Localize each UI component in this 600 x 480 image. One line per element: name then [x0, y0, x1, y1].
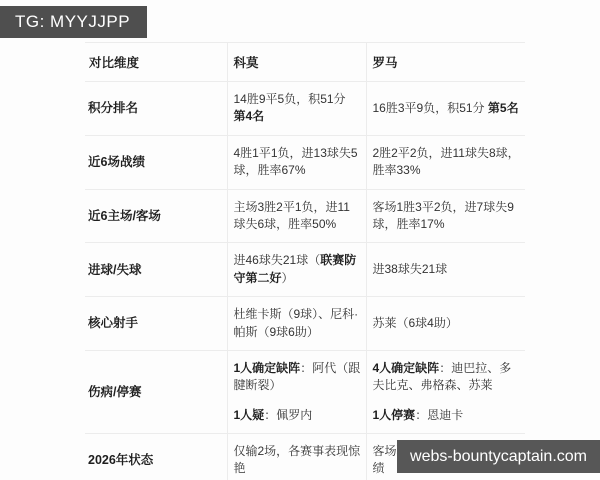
- watermark-text: webs-bountycaptain.com: [410, 448, 587, 465]
- como-cell: 1人确定缺阵：阿代（跟腱断裂）1人疑：佩罗内: [227, 350, 366, 433]
- text: 14胜9平5负，积51分: [234, 92, 346, 106]
- paragraph: 进46球失21球（联赛防守第二好）: [234, 252, 361, 287]
- paragraph: 1人确定缺阵：阿代（跟腱断裂）: [234, 360, 361, 395]
- text: 进46球失21球（: [234, 253, 321, 267]
- dimension-label: 近6场战绩: [85, 135, 227, 189]
- paragraph: 苏莱（6球4助）: [373, 315, 521, 332]
- text: ：恩迪卡: [415, 408, 463, 422]
- dimension-label: 近6主场/客场: [85, 189, 227, 243]
- dimension-label: 核心射手: [85, 297, 227, 351]
- table-row: 近6场战绩4胜1平1负，进13球失5球，胜率67%2胜2平2负，进11球失8球，…: [85, 135, 525, 189]
- table-row: 伤病/停赛1人确定缺阵：阿代（跟腱断裂）1人疑：佩罗内4人确定缺阵：迪巴拉、多夫…: [85, 350, 525, 433]
- text: 进38球失21球: [373, 262, 448, 276]
- paragraph: 2胜2平2负，进11球失8球，胜率33%: [373, 145, 521, 180]
- bold-text: 1人停赛: [373, 408, 416, 422]
- paragraph: 4胜1平1负，进13球失5球，胜率67%: [234, 145, 361, 180]
- paragraph: 1人疑：佩罗内: [234, 407, 361, 424]
- bold-text: 1人疑: [234, 408, 265, 422]
- paragraph: 14胜9平5负，积51分 第4名: [234, 91, 361, 126]
- paragraph: 客场1胜3平2负，进7球失9球，胜率17%: [373, 199, 521, 234]
- header-dimension: 对比维度: [85, 43, 227, 82]
- paragraph: 1人停赛：恩迪卡: [373, 407, 521, 424]
- text: ）: [282, 271, 294, 285]
- tg-badge-label: TG: MYYJJPP: [15, 12, 130, 31]
- header-row: 对比维度 科莫 罗马: [85, 43, 525, 82]
- bold-text: 1人确定缺阵: [234, 361, 301, 375]
- text: ：佩罗内: [264, 408, 312, 422]
- dimension-label: 伤病/停赛: [85, 350, 227, 433]
- watermark: webs-bountycaptain.com: [397, 440, 600, 473]
- paragraph: 杜维卡斯（9球）、尼科·帕斯（9球6助）: [234, 306, 361, 341]
- roma-cell: 4人确定缺阵：迪巴拉、多夫比克、弗格森、苏莱1人停赛：恩迪卡: [366, 350, 525, 433]
- paragraph: 16胜3平9负，积51分 第5名: [373, 100, 521, 117]
- text: 4胜1平1负，进13球失5球，胜率67%: [234, 146, 358, 177]
- bold-text: 4人确定缺阵: [373, 361, 440, 375]
- como-cell: 14胜9平5负，积51分 第4名: [227, 82, 366, 136]
- paragraph: 仅输2场，各赛事表现惊艳: [234, 443, 361, 478]
- roma-cell: 客场1胜3平2负，进7球失9球，胜率17%: [366, 189, 525, 243]
- table-row: 核心射手杜维卡斯（9球）、尼科·帕斯（9球6助）苏莱（6球4助）: [85, 297, 525, 351]
- como-cell: 杜维卡斯（9球）、尼科·帕斯（9球6助）: [227, 297, 366, 351]
- text: 16胜3平9负，积51分: [373, 101, 488, 115]
- table-row: 进球/失球进46球失21球（联赛防守第二好）进38球失21球: [85, 243, 525, 297]
- roma-cell: 2胜2平2负，进11球失8球，胜率33%: [366, 135, 525, 189]
- text: 苏莱（6球4助）: [373, 316, 458, 330]
- table-body: 积分排名14胜9平5负，积51分 第4名16胜3平9负，积51分 第5名近6场战…: [85, 82, 525, 480]
- table-header: 对比维度 科莫 罗马: [85, 43, 525, 82]
- comparison-table: 对比维度 科莫 罗马 积分排名14胜9平5负，积51分 第4名16胜3平9负，积…: [85, 42, 525, 480]
- paragraph: 主场3胜2平1负，进11球失6球，胜率50%: [234, 199, 361, 234]
- tg-badge: TG: MYYJJPP: [0, 6, 147, 38]
- dimension-label: 2026年状态: [85, 434, 227, 480]
- bold-text: 第4名: [234, 109, 265, 123]
- paragraph: 4人确定缺阵：迪巴拉、多夫比克、弗格森、苏莱: [373, 360, 521, 395]
- como-cell: 仅输2场，各赛事表现惊艳: [227, 434, 366, 480]
- header-roma: 罗马: [366, 43, 525, 82]
- roma-cell: 16胜3平9负，积51分 第5名: [366, 82, 525, 136]
- paragraph: 进38球失21球: [373, 261, 521, 278]
- text: 仅输2场，各赛事表现惊艳: [234, 444, 361, 475]
- como-cell: 主场3胜2平1负，进11球失6球，胜率50%: [227, 189, 366, 243]
- como-cell: 进46球失21球（联赛防守第二好）: [227, 243, 366, 297]
- table-row: 近6主场/客场主场3胜2平1负，进11球失6球，胜率50%客场1胜3平2负，进7…: [85, 189, 525, 243]
- table-row: 积分排名14胜9平5负，积51分 第4名16胜3平9负，积51分 第5名: [85, 82, 525, 136]
- text: 主场3胜2平1负，进11球失6球，胜率50%: [234, 200, 350, 231]
- dimension-label: 积分排名: [85, 82, 227, 136]
- como-cell: 4胜1平1负，进13球失5球，胜率67%: [227, 135, 366, 189]
- text: 客场1胜3平2负，进7球失9球，胜率17%: [373, 200, 514, 231]
- text: 2胜2平2负，进11球失8球，胜率33%: [373, 146, 520, 177]
- bold-text: 第5名: [488, 101, 519, 115]
- page: TG: MYYJJPP 对比维度 科莫 罗马 积分排名14胜9平5负，积51分 …: [0, 0, 600, 480]
- roma-cell: 进38球失21球: [366, 243, 525, 297]
- roma-cell: 苏莱（6球4助）: [366, 297, 525, 351]
- text: 杜维卡斯（9球）、尼科·帕斯（9球6助）: [234, 307, 359, 338]
- header-como: 科莫: [227, 43, 366, 82]
- dimension-label: 进球/失球: [85, 243, 227, 297]
